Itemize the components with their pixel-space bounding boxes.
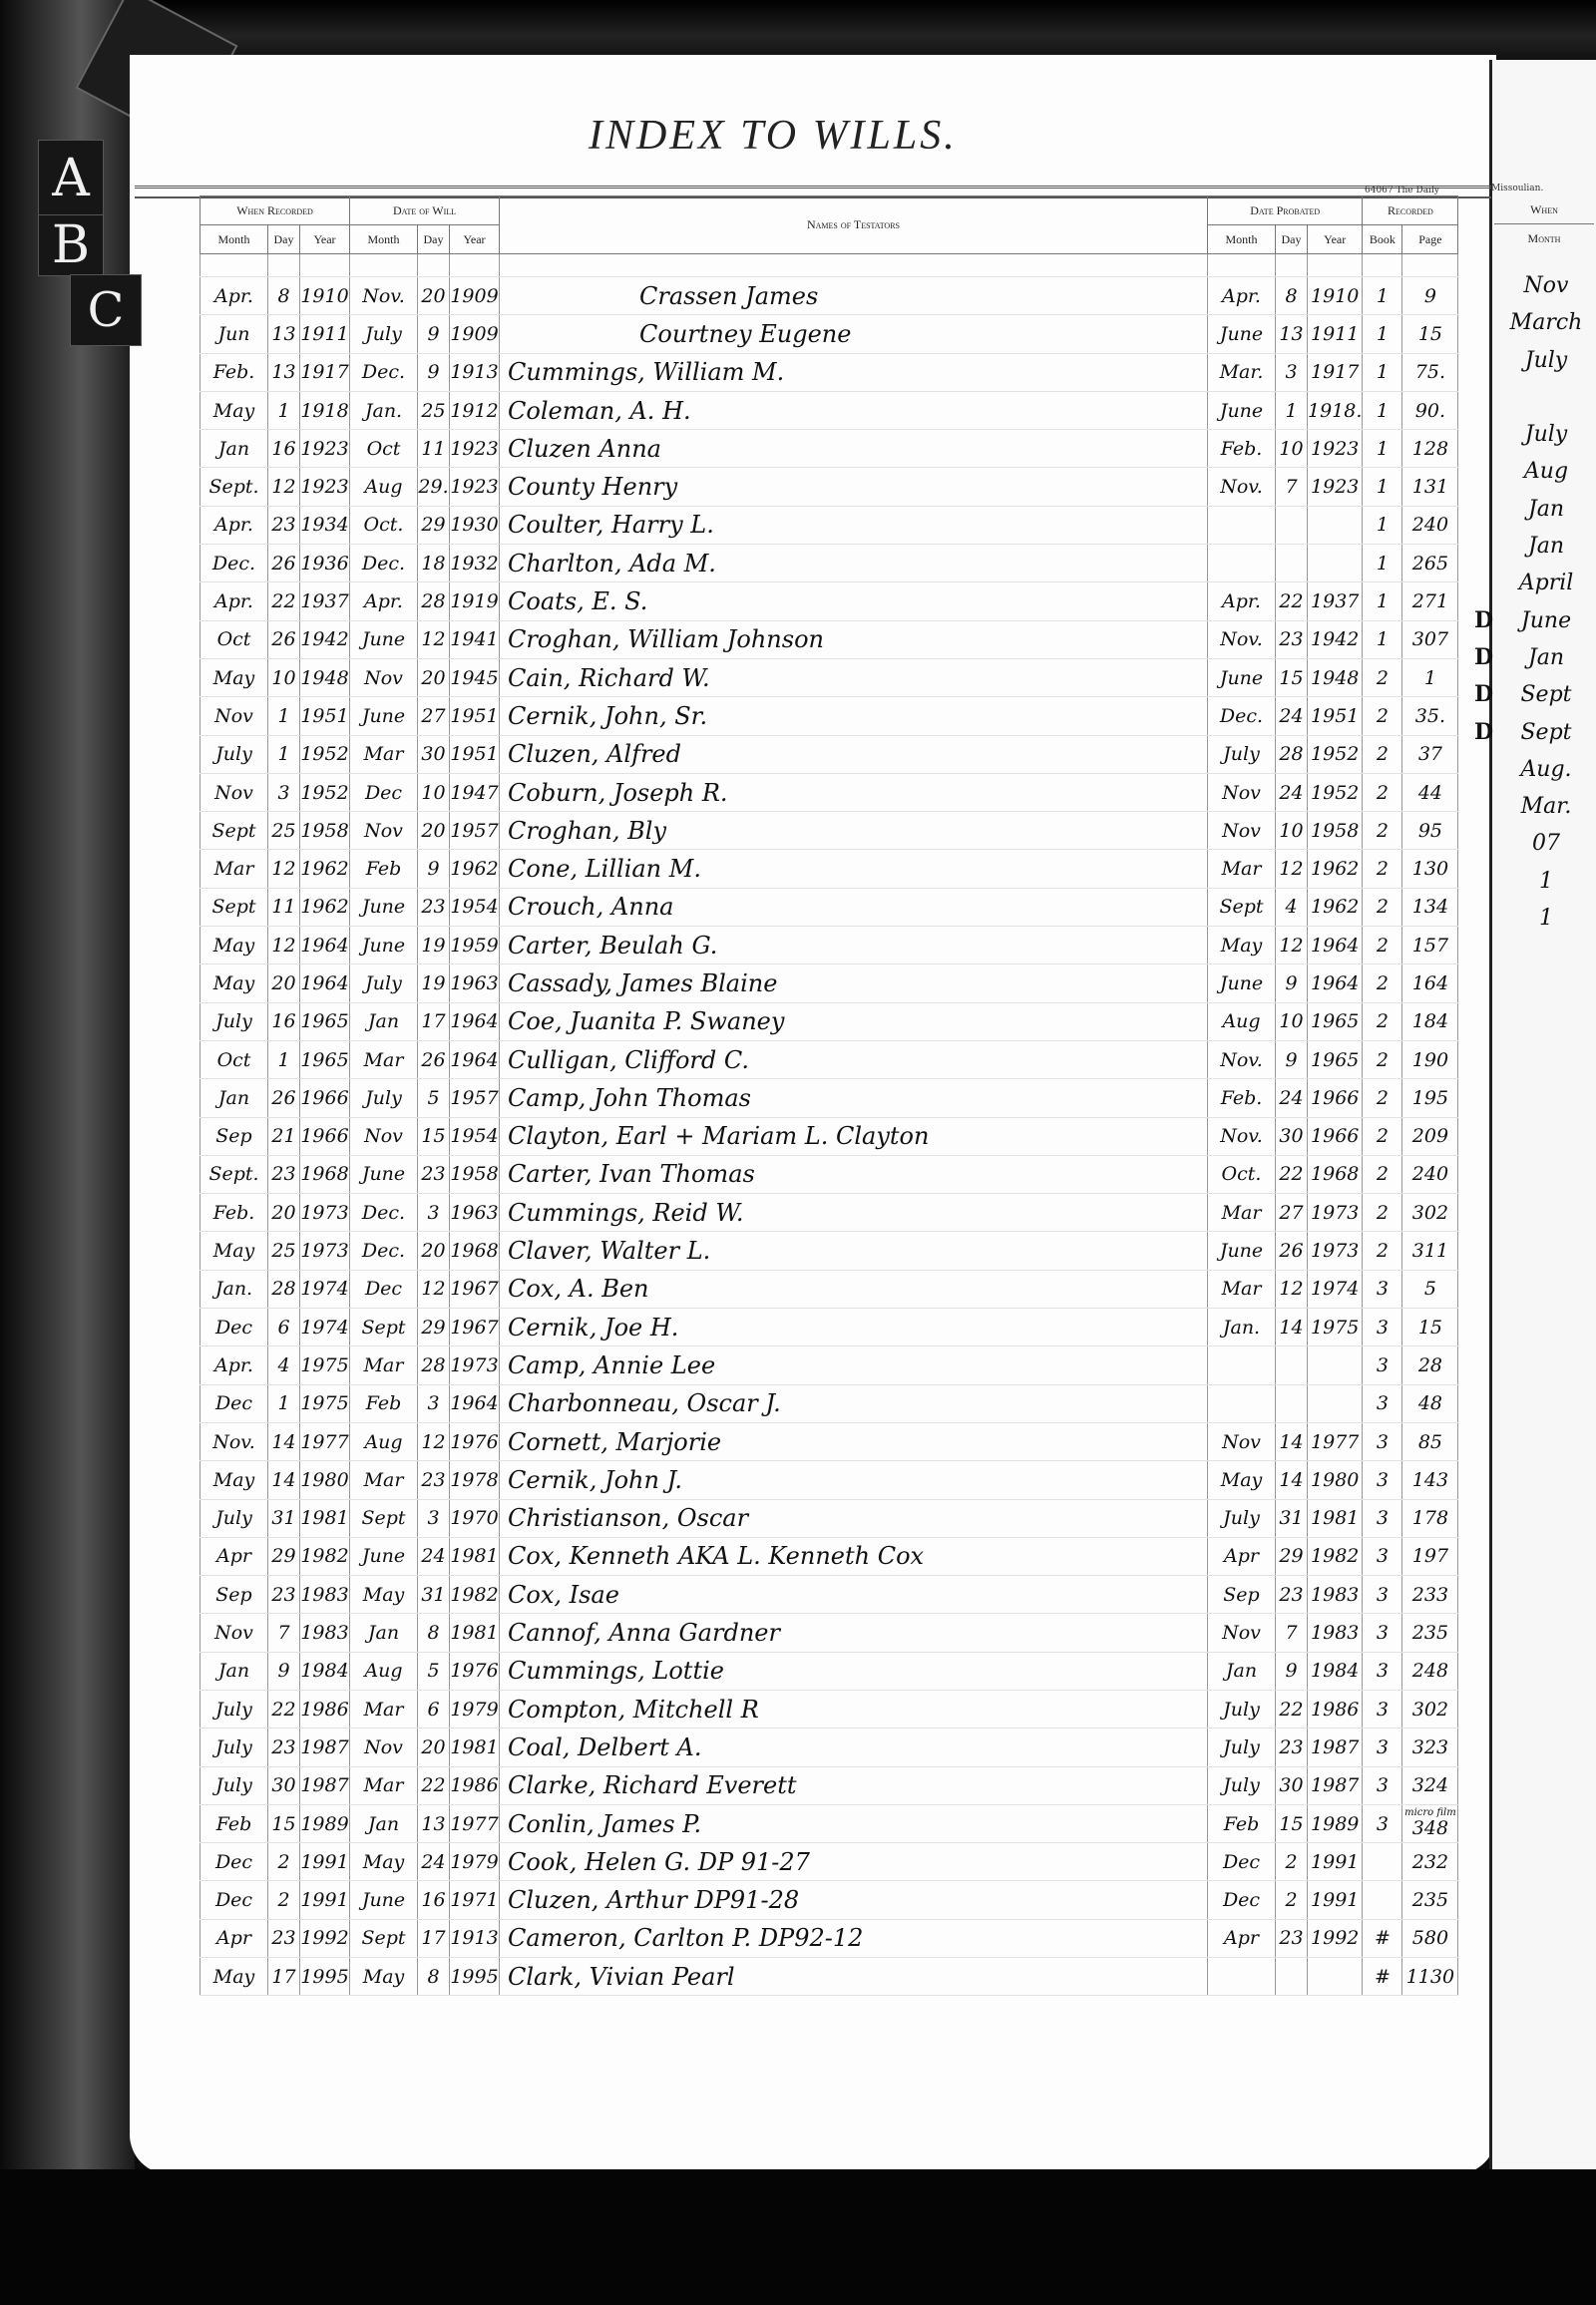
record-book: 3 [1363,1766,1402,1804]
probated-year: 1984 [1308,1652,1363,1690]
table-row: Oct261942June121941Croghan, William John… [200,620,1458,658]
probated-month: June [1208,315,1276,353]
will-month: May [350,1576,418,1614]
record-book: 3 [1363,1384,1402,1422]
recorded-year: 1992 [300,1919,350,1957]
probated-month: July [1208,1499,1276,1537]
recorded-day: 11 [268,888,300,926]
record-book: 2 [1363,964,1402,1002]
recorded-month: July [200,1690,268,1728]
record-page: 209 [1402,1117,1458,1155]
table-row: Jan91984Aug51976Cummings, LottieJan91984… [200,1652,1458,1690]
testator-name: Croghan, William Johnson [500,620,1208,658]
recorded-month: Sept. [200,1155,268,1193]
probated-year: 1966 [1308,1079,1363,1117]
recorded-month: May [200,964,268,1002]
recorded-day: 26 [268,1079,300,1117]
recorded-year: 1911 [300,315,350,353]
probated-month [1208,545,1276,582]
table-row: Nov71983Jan81981Cannof, Anna GardnerNov7… [200,1614,1458,1652]
table-row: May141980Mar231978Cernik, John J.May1419… [200,1461,1458,1499]
facing-month-label: Mar. [1521,794,1572,819]
will-year: 1967 [450,1270,500,1308]
testator-name: Cummings, Reid W. [500,1194,1208,1232]
will-year: 1923 [450,430,500,468]
recorded-year: 1910 [300,277,350,315]
will-day: 24 [418,1537,450,1575]
probated-year: 1958 [1308,812,1363,850]
will-month: Nov [350,658,418,696]
record-page: 248 [1402,1652,1458,1690]
testator-name: Coe, Juanita P. Swaney [500,1002,1208,1040]
header-when-recorded: When Recorded [200,196,350,225]
will-year: 1995 [450,1958,500,1996]
probated-year [1308,1346,1363,1384]
probated-day: 15 [1276,658,1308,696]
will-year: 1957 [450,1079,500,1117]
testator-name: Clarke, Richard Everett [500,1766,1208,1804]
will-day: 18 [418,545,450,582]
will-day: 29 [418,1309,450,1346]
probated-month [1208,1346,1276,1384]
recorded-year: 1982 [300,1537,350,1575]
probated-day: 26 [1276,1232,1308,1270]
will-day: 25 [418,391,450,429]
recorded-day: 23 [268,506,300,544]
will-day: 11 [418,430,450,468]
probated-year: 1991 [1308,1843,1363,1881]
recorded-month: Jan [200,430,268,468]
will-day: 26 [418,1040,450,1078]
will-year: 1963 [450,1194,500,1232]
facing-month-label: Jan [1528,645,1564,670]
recorded-month: Apr. [200,506,268,544]
recorded-year: 1989 [300,1804,350,1842]
will-year: 1947 [450,773,500,811]
table-row: May171995May81995Clark, Vivian Pearl#113… [200,1958,1458,1996]
recorded-day: 26 [268,620,300,658]
recorded-month: Apr [200,1919,268,1957]
testator-name: Coulter, Harry L. [500,506,1208,544]
recorded-day: 14 [268,1422,300,1460]
record-book: 1 [1363,353,1402,391]
will-day: 29 [418,506,450,544]
record-book: 1 [1363,545,1402,582]
recorded-year: 1923 [300,468,350,506]
probated-year: 1986 [1308,1690,1363,1728]
will-year: 1954 [450,888,500,926]
table-row: May101948Nov201945Cain, Richard W.June15… [200,658,1458,696]
record-book: 3 [1363,1576,1402,1614]
recorded-day: 26 [268,545,300,582]
record-page: 9 [1402,277,1458,315]
table-row: Mar121962Feb91962Cone, Lillian M.Mar1219… [200,850,1458,888]
record-book: 1 [1363,620,1402,658]
index-tab-c[interactable]: C [70,274,142,346]
facing-month-entry: Jan [1496,491,1596,528]
d-marker: D [1474,676,1493,713]
will-month: June [350,927,418,964]
will-year: 1951 [450,735,500,773]
record-page: 5 [1402,1270,1458,1308]
will-day: 10 [418,773,450,811]
testator-name: Cluzen Anna [500,430,1208,468]
recorded-day: 12 [268,468,300,506]
facing-page-header: When Month [1494,195,1594,252]
table-row: Apr291982June241981Cox, Kenneth AKA L. K… [200,1537,1458,1575]
d-marker: D [1474,602,1493,639]
will-month: Feb [350,1384,418,1422]
table-row: Apr.41975Mar281973Camp, Annie Lee328 [200,1346,1458,1384]
record-page: 15 [1402,315,1458,353]
will-day: 3 [418,1384,450,1422]
recorded-day: 15 [268,1804,300,1842]
recorded-year: 1962 [300,850,350,888]
record-book: 2 [1363,1155,1402,1193]
recorded-month: Mar [200,850,268,888]
recorded-day: 21 [268,1117,300,1155]
probated-year: 1962 [1308,888,1363,926]
recorded-year: 1917 [300,353,350,391]
record-book: 3 [1363,1729,1402,1766]
record-book: 1 [1363,277,1402,315]
will-day: 9 [418,353,450,391]
table-row: Apr.81910Nov.201909Crassen JamesApr.8191… [200,277,1458,315]
will-month: Aug [350,1652,418,1690]
testator-name: Cluzen, Arthur DP91-28 [500,1881,1208,1919]
recorded-month: Apr. [200,277,268,315]
will-month: Nov [350,812,418,850]
recorded-year: 1987 [300,1729,350,1766]
probated-year [1308,1958,1363,1996]
probated-day: 23 [1276,620,1308,658]
will-month: June [350,697,418,735]
probated-day: 13 [1276,315,1308,353]
probated-year: 1923 [1308,468,1363,506]
probated-month: July [1208,1690,1276,1728]
header-month: Month [350,225,418,254]
testator-name: Cox, Isae [500,1576,1208,1614]
testator-name: Compton, Mitchell R [500,1690,1208,1728]
recorded-year: 1991 [300,1843,350,1881]
table-row: Feb.201973Dec.31963Cummings, Reid W.Mar2… [200,1194,1458,1232]
probated-year [1308,1384,1363,1422]
probated-year: 1962 [1308,850,1363,888]
facing-month-label: Sept [1520,720,1571,745]
probated-month: Jan. [1208,1309,1276,1346]
probated-month: June [1208,964,1276,1002]
index-tab-b[interactable]: B [38,214,104,276]
probated-day: 23 [1276,1576,1308,1614]
recorded-month: Feb. [200,1194,268,1232]
recorded-year: 1975 [300,1346,350,1384]
table-row: Apr.231934Oct.291930Coulter, Harry L.124… [200,506,1458,544]
recorded-day: 23 [268,1576,300,1614]
probated-year: 1965 [1308,1002,1363,1040]
table-row: May121964June191959Carter, Beulah G.May1… [200,927,1458,964]
recorded-year: 1952 [300,773,350,811]
probated-year [1308,506,1363,544]
will-day: 8 [418,1614,450,1652]
will-month: Sept [350,1309,418,1346]
testator-name: Cassady, James Blaine [500,964,1208,1002]
recorded-year: 1966 [300,1079,350,1117]
probated-year: 1980 [1308,1461,1363,1499]
will-year: 1909 [450,277,500,315]
will-month: Mar [350,1461,418,1499]
recorded-year: 1991 [300,1881,350,1919]
recorded-year: 1936 [300,545,350,582]
record-book [1363,1843,1402,1881]
testator-name: Culligan, Clifford C. [500,1040,1208,1078]
testator-name: Christianson, Oscar [500,1499,1208,1537]
probated-day: 23 [1276,1919,1308,1957]
table-row: Apr.221937Apr.281919Coats, E. S.Apr.2219… [200,582,1458,620]
will-day: 31 [418,1576,450,1614]
recorded-day: 23 [268,1155,300,1193]
probated-day: 9 [1276,964,1308,1002]
ledger-body: Apr.81910Nov.201909Crassen JamesApr.8191… [200,254,1458,1996]
will-day: 5 [418,1652,450,1690]
facing-month-label: 1 [1539,906,1553,931]
probated-day: 14 [1276,1309,1308,1346]
will-month: Mar [350,1766,418,1804]
will-day: 9 [418,315,450,353]
table-row: Sept111962June231954Crouch, AnnaSept4196… [200,888,1458,926]
record-page: 197 [1402,1537,1458,1575]
recorded-day: 22 [268,1690,300,1728]
record-page: 143 [1402,1461,1458,1499]
will-day: 23 [418,888,450,926]
will-day: 17 [418,1919,450,1957]
probated-month: Nov. [1208,1040,1276,1078]
probated-day: 15 [1276,1804,1308,1842]
probated-month: Jan [1208,1652,1276,1690]
record-book: 3 [1363,1309,1402,1346]
probated-year: 1965 [1308,1040,1363,1078]
index-tab-a[interactable]: A [38,140,104,216]
testator-name: Cummings, William M. [500,353,1208,391]
probated-month: Nov. [1208,468,1276,506]
recorded-year: 1984 [300,1652,350,1690]
recorded-day: 25 [268,1232,300,1270]
will-year: 1976 [450,1652,500,1690]
probated-month: Oct. [1208,1155,1276,1193]
testator-name: Charlton, Ada M. [500,545,1208,582]
will-day: 20 [418,1232,450,1270]
facing-month-entry: July [1496,342,1596,379]
record-book: 3 [1363,1346,1402,1384]
facing-month-entry: July [1496,416,1596,453]
recorded-month: Sept [200,888,268,926]
recorded-day: 17 [268,1958,300,1996]
recorded-day: 29 [268,1537,300,1575]
record-book: 2 [1363,850,1402,888]
recorded-day: 23 [268,1919,300,1957]
will-month: Nov [350,1117,418,1155]
probated-day: 22 [1276,1690,1308,1728]
recorded-day: 16 [268,1002,300,1040]
probated-day: 8 [1276,277,1308,315]
facing-month-entry: DSept [1496,676,1596,713]
facing-month-label: June [1521,608,1571,633]
record-page: 164 [1402,964,1458,1002]
record-page: 307 [1402,620,1458,658]
testator-name: Crassen James [500,277,1208,315]
table-row: July231987Nov201981Coal, Delbert A.July2… [200,1729,1458,1766]
recorded-year: 1964 [300,927,350,964]
will-month: June [350,1155,418,1193]
will-year: 1964 [450,1002,500,1040]
probated-month: Feb [1208,1804,1276,1842]
header-year: Year [300,225,350,254]
table-row: Sept.121923Aug29.1923County HenryNov.719… [200,468,1458,506]
recorded-month: Dec [200,1843,268,1881]
will-month: Sept [350,1919,418,1957]
record-page: 157 [1402,927,1458,964]
record-page: 302 [1402,1690,1458,1728]
probated-day: 12 [1276,850,1308,888]
record-book: 3 [1363,1537,1402,1575]
facing-month-label: July [1525,348,1567,373]
table-row: Sept.231968June231958Carter, Ivan Thomas… [200,1155,1458,1193]
recorded-year: 1942 [300,620,350,658]
table-row: July311981Sept31970Christianson, OscarJu… [200,1499,1458,1537]
recorded-year: 1923 [300,430,350,468]
probated-year: 1964 [1308,964,1363,1002]
record-page: 235 [1402,1881,1458,1919]
will-year: 1932 [450,545,500,582]
facing-month-label: April [1519,571,1574,595]
probated-month: Nov [1208,1614,1276,1652]
will-year: 1962 [450,850,500,888]
will-day: 9 [418,850,450,888]
recorded-year: 1973 [300,1232,350,1270]
desk-background [0,2169,1596,2305]
probated-day: 9 [1276,1652,1308,1690]
probated-day [1276,506,1308,544]
probated-year: 1991 [1308,1881,1363,1919]
recorded-day: 1 [268,1040,300,1078]
probated-month: June [1208,391,1276,429]
will-day: 17 [418,1002,450,1040]
probated-month: Mar [1208,850,1276,888]
probated-year: 1975 [1308,1309,1363,1346]
recorded-day: 6 [268,1309,300,1346]
record-page: 130 [1402,850,1458,888]
facing-month-label: Sept [1520,682,1571,707]
probated-year: 1918. [1308,391,1363,429]
will-month: July [350,964,418,1002]
will-month: Mar [350,1346,418,1384]
table-row: Dec11975Feb31964Charbonneau, Oscar J.348 [200,1384,1458,1422]
header-date-of-will: Date of Will [350,196,500,225]
will-year: 1941 [450,620,500,658]
recorded-month: Dec [200,1309,268,1346]
probated-year: 1910 [1308,277,1363,315]
recorded-month: Sept. [200,468,268,506]
recorded-year: 1948 [300,658,350,696]
will-month: Nov. [350,277,418,315]
will-month: Dec [350,773,418,811]
probated-year: 1983 [1308,1614,1363,1652]
recorded-year: 1977 [300,1422,350,1460]
recorded-day: 31 [268,1499,300,1537]
table-row: July301987Mar221986Clarke, Richard Evere… [200,1766,1458,1804]
recorded-year: 1987 [300,1766,350,1804]
probated-year: 1987 [1308,1766,1363,1804]
facing-month-label: 1 [1539,869,1553,894]
probated-year: 1974 [1308,1270,1363,1308]
recorded-year: 1934 [300,506,350,544]
facing-month-label: Aug [1524,459,1568,484]
record-page: 85 [1402,1422,1458,1460]
record-book: 2 [1363,1232,1402,1270]
table-row: Dec21991June161971Cluzen, Arthur DP91-28… [200,1881,1458,1919]
record-page: 134 [1402,888,1458,926]
recorded-month: July [200,1499,268,1537]
book-binding-top [0,0,1596,60]
probated-day [1276,545,1308,582]
will-month: July [350,315,418,353]
probated-month: Dec [1208,1881,1276,1919]
header-date-probated: Date Probated [1208,196,1363,225]
recorded-day: 2 [268,1881,300,1919]
record-page: 15 [1402,1309,1458,1346]
will-day: 6 [418,1690,450,1728]
facing-month-entry: 1 [1496,900,1596,937]
probated-year: 1987 [1308,1729,1363,1766]
will-month: Mar [350,735,418,773]
probated-month: Apr [1208,1919,1276,1957]
table-row: Feb.131917Dec.91913Cummings, William M.M… [200,353,1458,391]
will-year: 1964 [450,1384,500,1422]
recorded-day: 13 [268,315,300,353]
probated-year: 1964 [1308,927,1363,964]
recorded-day: 25 [268,812,300,850]
probated-month: Nov [1208,1422,1276,1460]
record-book: 2 [1363,1079,1402,1117]
will-day: 22 [418,1766,450,1804]
will-month: Feb [350,850,418,888]
will-day: 5 [418,1079,450,1117]
record-book [1363,1881,1402,1919]
recorded-month: May [200,658,268,696]
facing-month-entry [1496,379,1596,416]
record-book: 2 [1363,1194,1402,1232]
probated-month: Sept [1208,888,1276,926]
record-page: 324 [1402,1766,1458,1804]
probated-month: Mar [1208,1194,1276,1232]
probated-day: 1 [1276,391,1308,429]
recorded-day: 7 [268,1614,300,1652]
will-year: 1981 [450,1537,500,1575]
recorded-year: 1973 [300,1194,350,1232]
recorded-month: Apr. [200,1346,268,1384]
probated-day: 24 [1276,1079,1308,1117]
recorded-year: 1965 [300,1002,350,1040]
will-day: 20 [418,277,450,315]
probated-month: Apr. [1208,582,1276,620]
recorded-year: 1974 [300,1309,350,1346]
recorded-day: 14 [268,1461,300,1499]
will-day: 3 [418,1194,450,1232]
recorded-month: July [200,1729,268,1766]
record-book: 3 [1363,1804,1402,1842]
record-page: 37 [1402,735,1458,773]
probated-month: Nov [1208,773,1276,811]
table-row: May201964July191963Cassady, James Blaine… [200,964,1458,1002]
